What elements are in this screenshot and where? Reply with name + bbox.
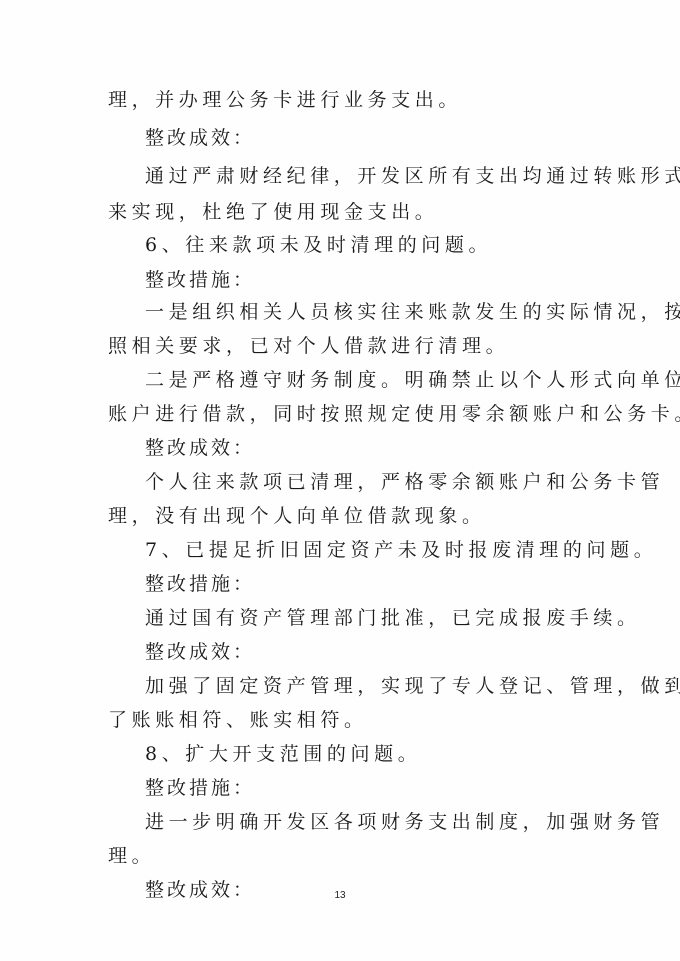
paragraph-line: 个人往来款项已清理，严格零余额账户和公务卡管 [145, 470, 664, 494]
page-number: 13 [0, 890, 680, 901]
section-heading: 整改措施： [145, 268, 255, 292]
paragraph-line: 照相关要求，已对个人借款进行清理。 [108, 334, 509, 358]
paragraph-line: 进一步明确开发区各项财务支出制度，加强财务管 [145, 810, 664, 834]
paragraph-line: 来实现，杜绝了使用现金支出。 [108, 200, 438, 224]
paragraph-line: 理，并办理公务卡进行业务支出。 [108, 88, 462, 112]
section-heading: 整改成效： [145, 126, 255, 150]
issue-title: 7、已提足折旧固定资产未及时报废清理的问题。 [145, 538, 657, 562]
issue-title: 6、往来款项未及时清理的问题。 [145, 233, 492, 257]
paragraph-line: 加强了固定资产管理，实现了专人登记、管理，做到 [145, 674, 680, 698]
section-heading: 整改措施： [145, 776, 255, 800]
section-heading: 整改成效： [145, 436, 255, 460]
paragraph-line: 一是组织相关人员核实往来账款发生的实际情况，按 [145, 300, 680, 324]
paragraph-line: 通过国有资产管理部门批准，已完成报废手续。 [145, 606, 641, 630]
paragraph-line: 理，没有出现个人向单位借款现象。 [108, 504, 486, 528]
paragraph-line: 通过严肃财经纪律，开发区所有支出均通过转账形式 [145, 164, 680, 188]
paragraph-line: 二是严格遵守财务制度。明确禁止以个人形式向单位 [145, 368, 680, 392]
section-heading: 整改措施： [145, 572, 255, 596]
paragraph-line: 了账账相符、账实相符。 [108, 708, 368, 732]
document-page: 理，并办理公务卡进行业务支出。 整改成效： 通过严肃财经纪律，开发区所有支出均通… [0, 0, 680, 961]
paragraph-line: 理。 [108, 844, 155, 868]
issue-title: 8、扩大开支范围的问题。 [145, 742, 421, 766]
section-heading: 整改成效： [145, 640, 255, 664]
paragraph-line: 账户进行借款，同时按照规定使用零余额账户和公务卡。 [108, 402, 680, 426]
